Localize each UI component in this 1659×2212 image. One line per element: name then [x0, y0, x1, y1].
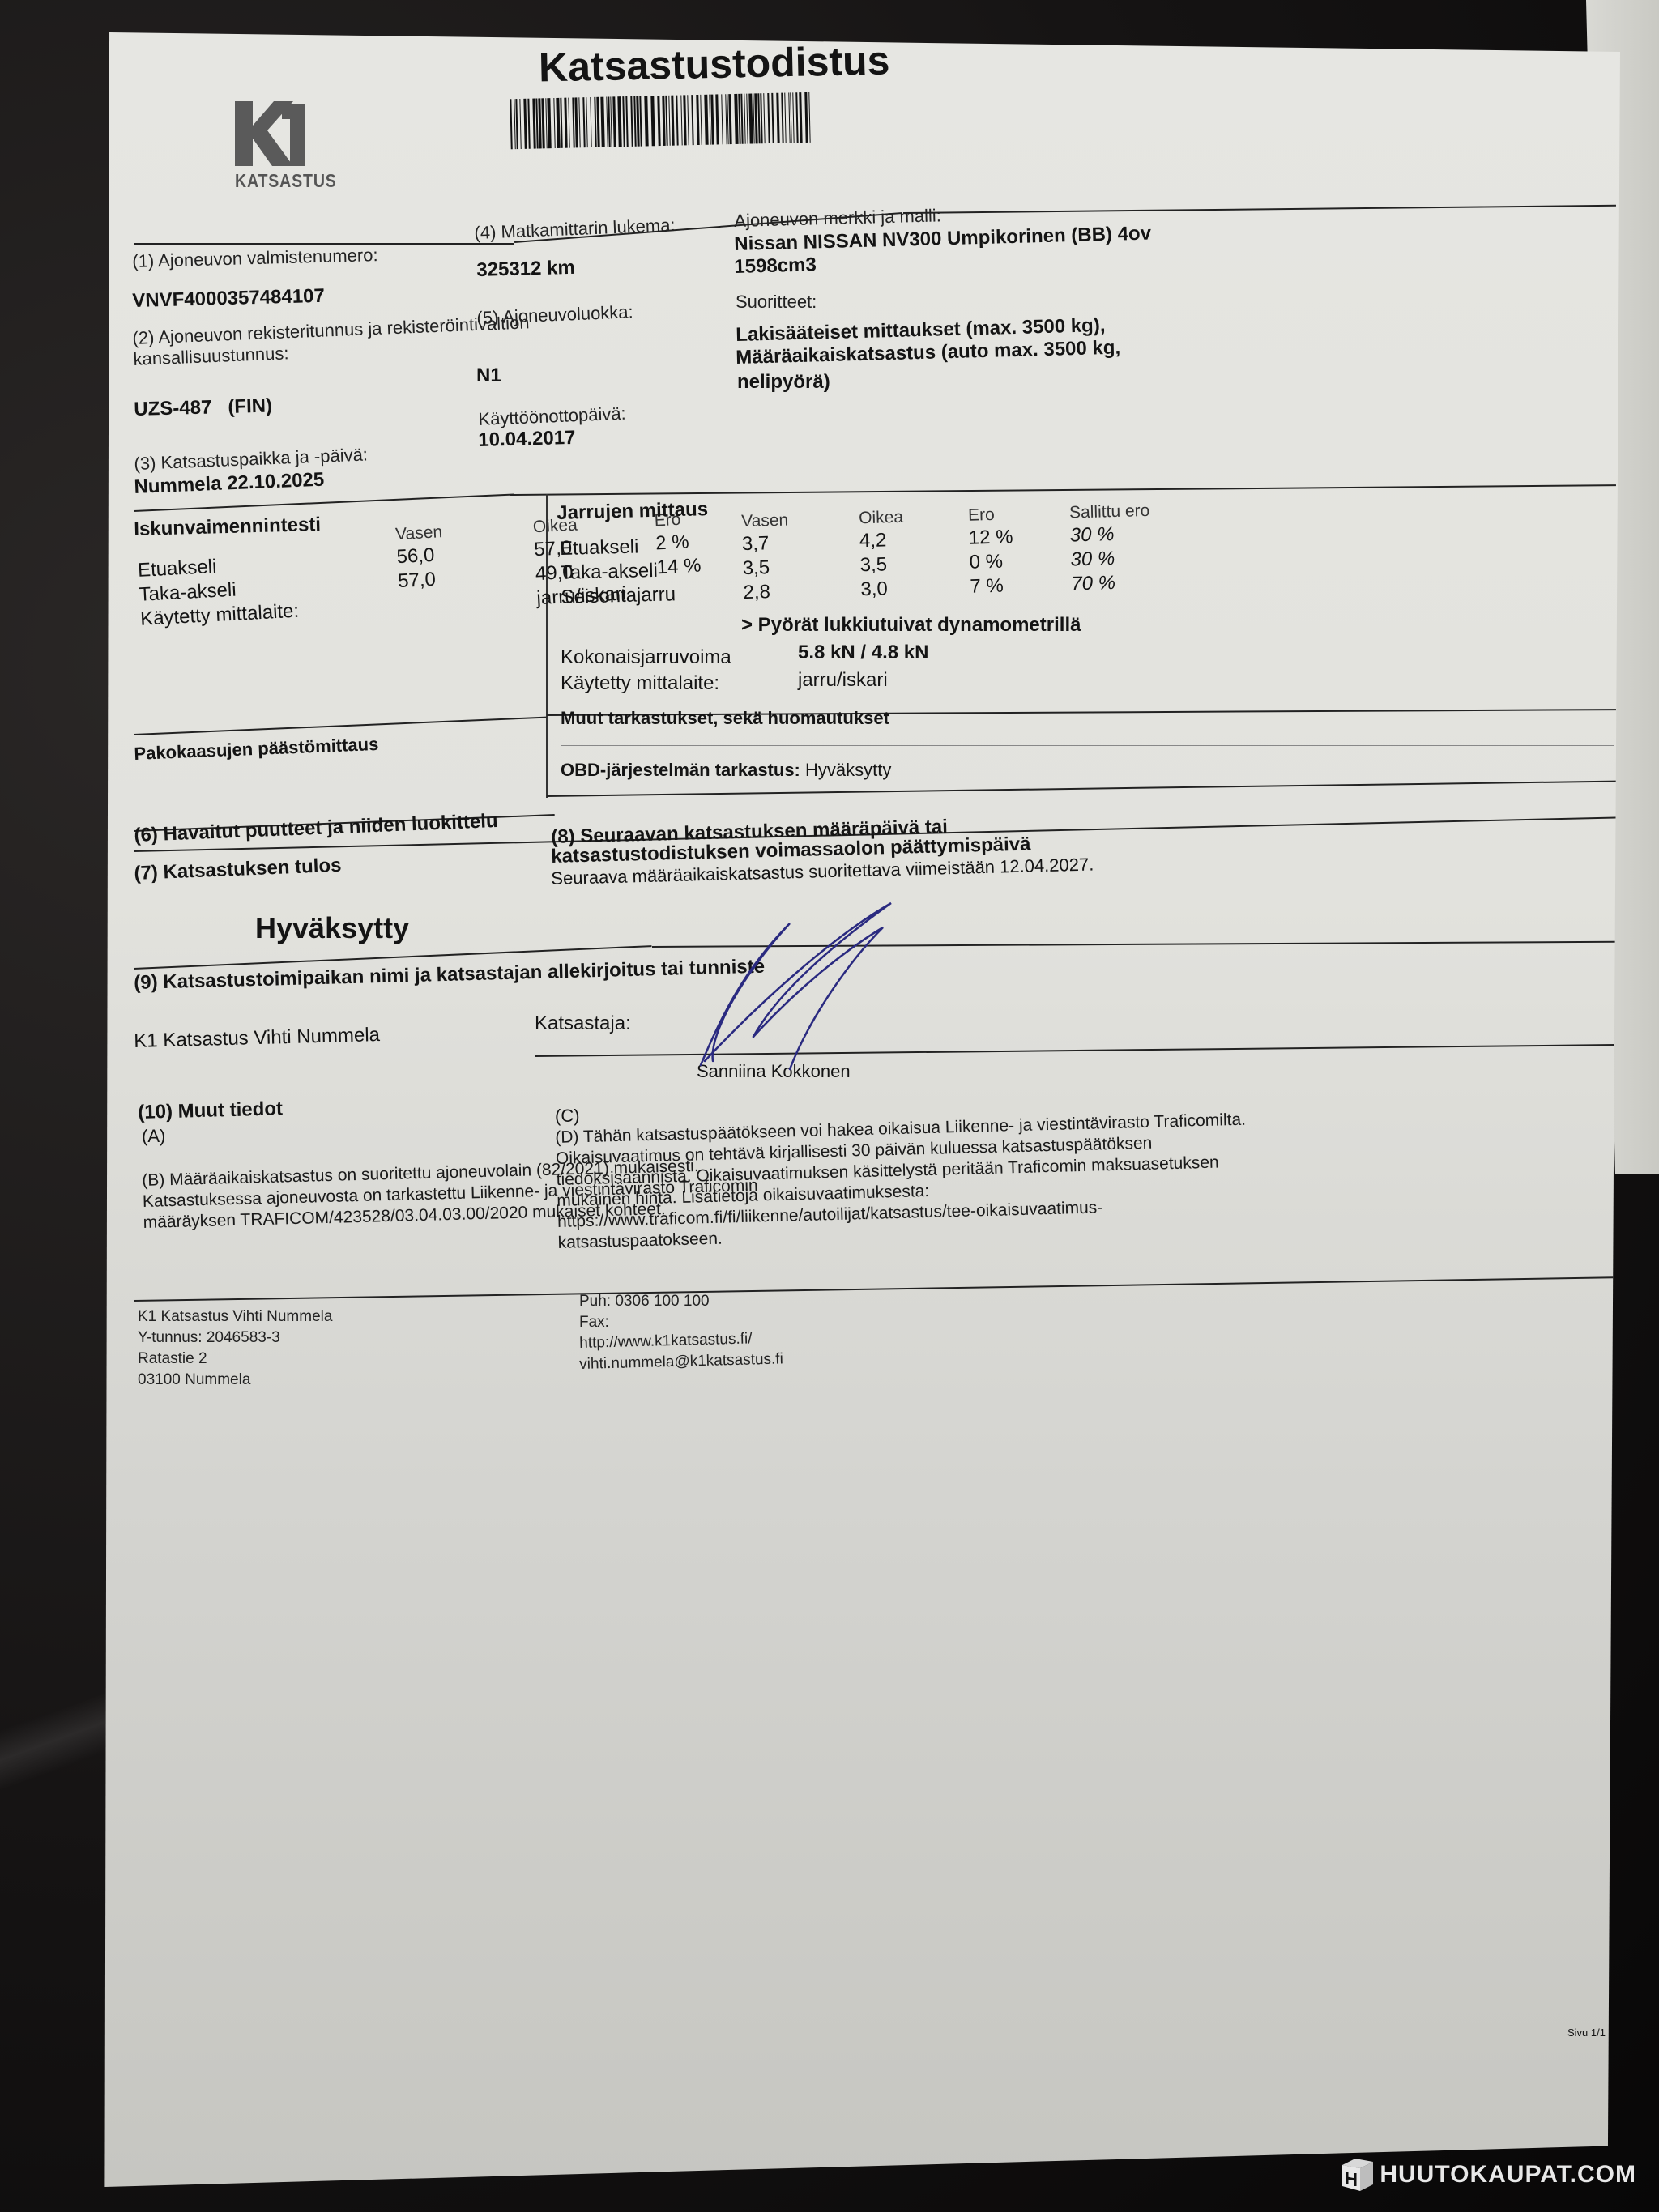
document-title: Katsastustodistus [538, 36, 890, 91]
page-number: Sivu 1/1 [1567, 2027, 1606, 2039]
divider [547, 781, 1616, 797]
emissions-title: Pakokaasujen päästömittaus [134, 734, 379, 765]
total-brake-force-value: 5.8 kN / 4.8 kN [798, 641, 928, 664]
obd-label: OBD-järjestelmän tarkastus: [561, 760, 800, 780]
column-header: Vasen [741, 509, 859, 533]
brake-lock-note: > Pyörät lukkiutuivat dynamometrillä [741, 614, 1081, 637]
footer-business-id: Y-tunnus: 2046583-3 [138, 1329, 280, 1347]
result-title: (7) Katsastuksen tulos [134, 855, 342, 885]
other-info-d: (D) Tähän katsastuspäätökseen voi hakea … [555, 1109, 1255, 1253]
column-header: Ero [968, 504, 1070, 527]
first-use-label: Käyttöönottopäivä: [478, 403, 626, 430]
footer-street: Ratastie 2 [138, 1350, 207, 1368]
station-name: K1 Katsastus Vihti Nummela [134, 1024, 380, 1053]
vehicle-class-value: N1 [476, 364, 501, 387]
divider [134, 243, 514, 245]
odometer-label: (4) Matkamittarin lukema: [474, 215, 676, 244]
vin-label: (1) Ajoneuvon valmistenumero: [132, 245, 378, 272]
vin-value: VNVF4000357484107 [132, 285, 325, 313]
footer-phone: Puh: 0306 100 100 [579, 1293, 710, 1311]
dotted-divider [561, 745, 1614, 746]
divider [903, 205, 1616, 214]
inspector-label: Katsastaja: [535, 1012, 631, 1035]
k1-logo-icon [235, 101, 308, 166]
services-line3: nelipyörä) [737, 371, 830, 394]
registration-plate: UZS-487 [134, 396, 212, 420]
inspection-certificate: KATSASTUS Katsastustodistus (1) Ajoneuvo… [97, 32, 1620, 2187]
vehicle-class-label: (5) Ajoneuvoluokka: [476, 301, 633, 329]
watermark: HUUTOKAUPAT.COM [1341, 2157, 1636, 2193]
brake-device-label: Käytetty mittalaite: [561, 672, 719, 695]
make-model-label: Ajoneuvon merkki ja malli: [734, 205, 941, 232]
divider [134, 1276, 1616, 1302]
signature-icon [624, 895, 907, 1073]
country-code: (FIN) [228, 395, 272, 418]
brake-device-value: jarru/iskari [798, 669, 888, 692]
column-header: Oikea [859, 506, 969, 531]
footer-fax: Fax: [579, 1314, 609, 1332]
watermark-text: HUUTOKAUPAT.COM [1380, 2161, 1636, 2189]
footer-website[interactable]: http://www.k1katsastus.fi/ [579, 1330, 753, 1353]
inspection-place-label: (3) Katsastuspaikka ja -päivä: [134, 444, 368, 475]
barcode [510, 92, 814, 149]
divider [134, 717, 547, 735]
obd-result: Hyväksytty [805, 760, 891, 780]
logo-text: KATSASTUS [235, 170, 337, 192]
first-use-value: 10.04.2017 [478, 427, 576, 452]
footer-email[interactable]: vihti.nummela@k1katsastus.fi [579, 1350, 783, 1374]
total-brake-force-label: Kokonaisjarruvoima [561, 646, 731, 669]
brake-test-table: Vasen Oikea Ero Sallittu ero Etuakseli 3… [559, 500, 1218, 611]
other-checks-title: Muut tarkastukset, sekä huomautukset [561, 708, 889, 729]
other-info-a: (A) [142, 1126, 165, 1147]
services-label: Suoritteet: [736, 292, 817, 313]
registration-value: UZS-487 (FIN) [134, 395, 272, 421]
result-value: Hyväksytty [255, 911, 409, 945]
other-info-title: (10) Muut tiedot [138, 1097, 283, 1124]
other-info-c: (C) [555, 1106, 580, 1127]
make-model-line2: 1598cm3 [734, 254, 817, 279]
defects-title: (6) Havaitut puutteet ja niiden luokitte… [134, 810, 498, 847]
divider [510, 484, 1616, 496]
obd-check: OBD-järjestelmän tarkastus: Hyväksytty [561, 760, 891, 781]
odometer-value: 325312 km [476, 257, 575, 282]
cube-h-icon [1341, 2157, 1375, 2193]
footer-postal: 03100 Nummela [138, 1371, 250, 1389]
footer-company: K1 Katsastus Vihti Nummela [138, 1308, 332, 1326]
